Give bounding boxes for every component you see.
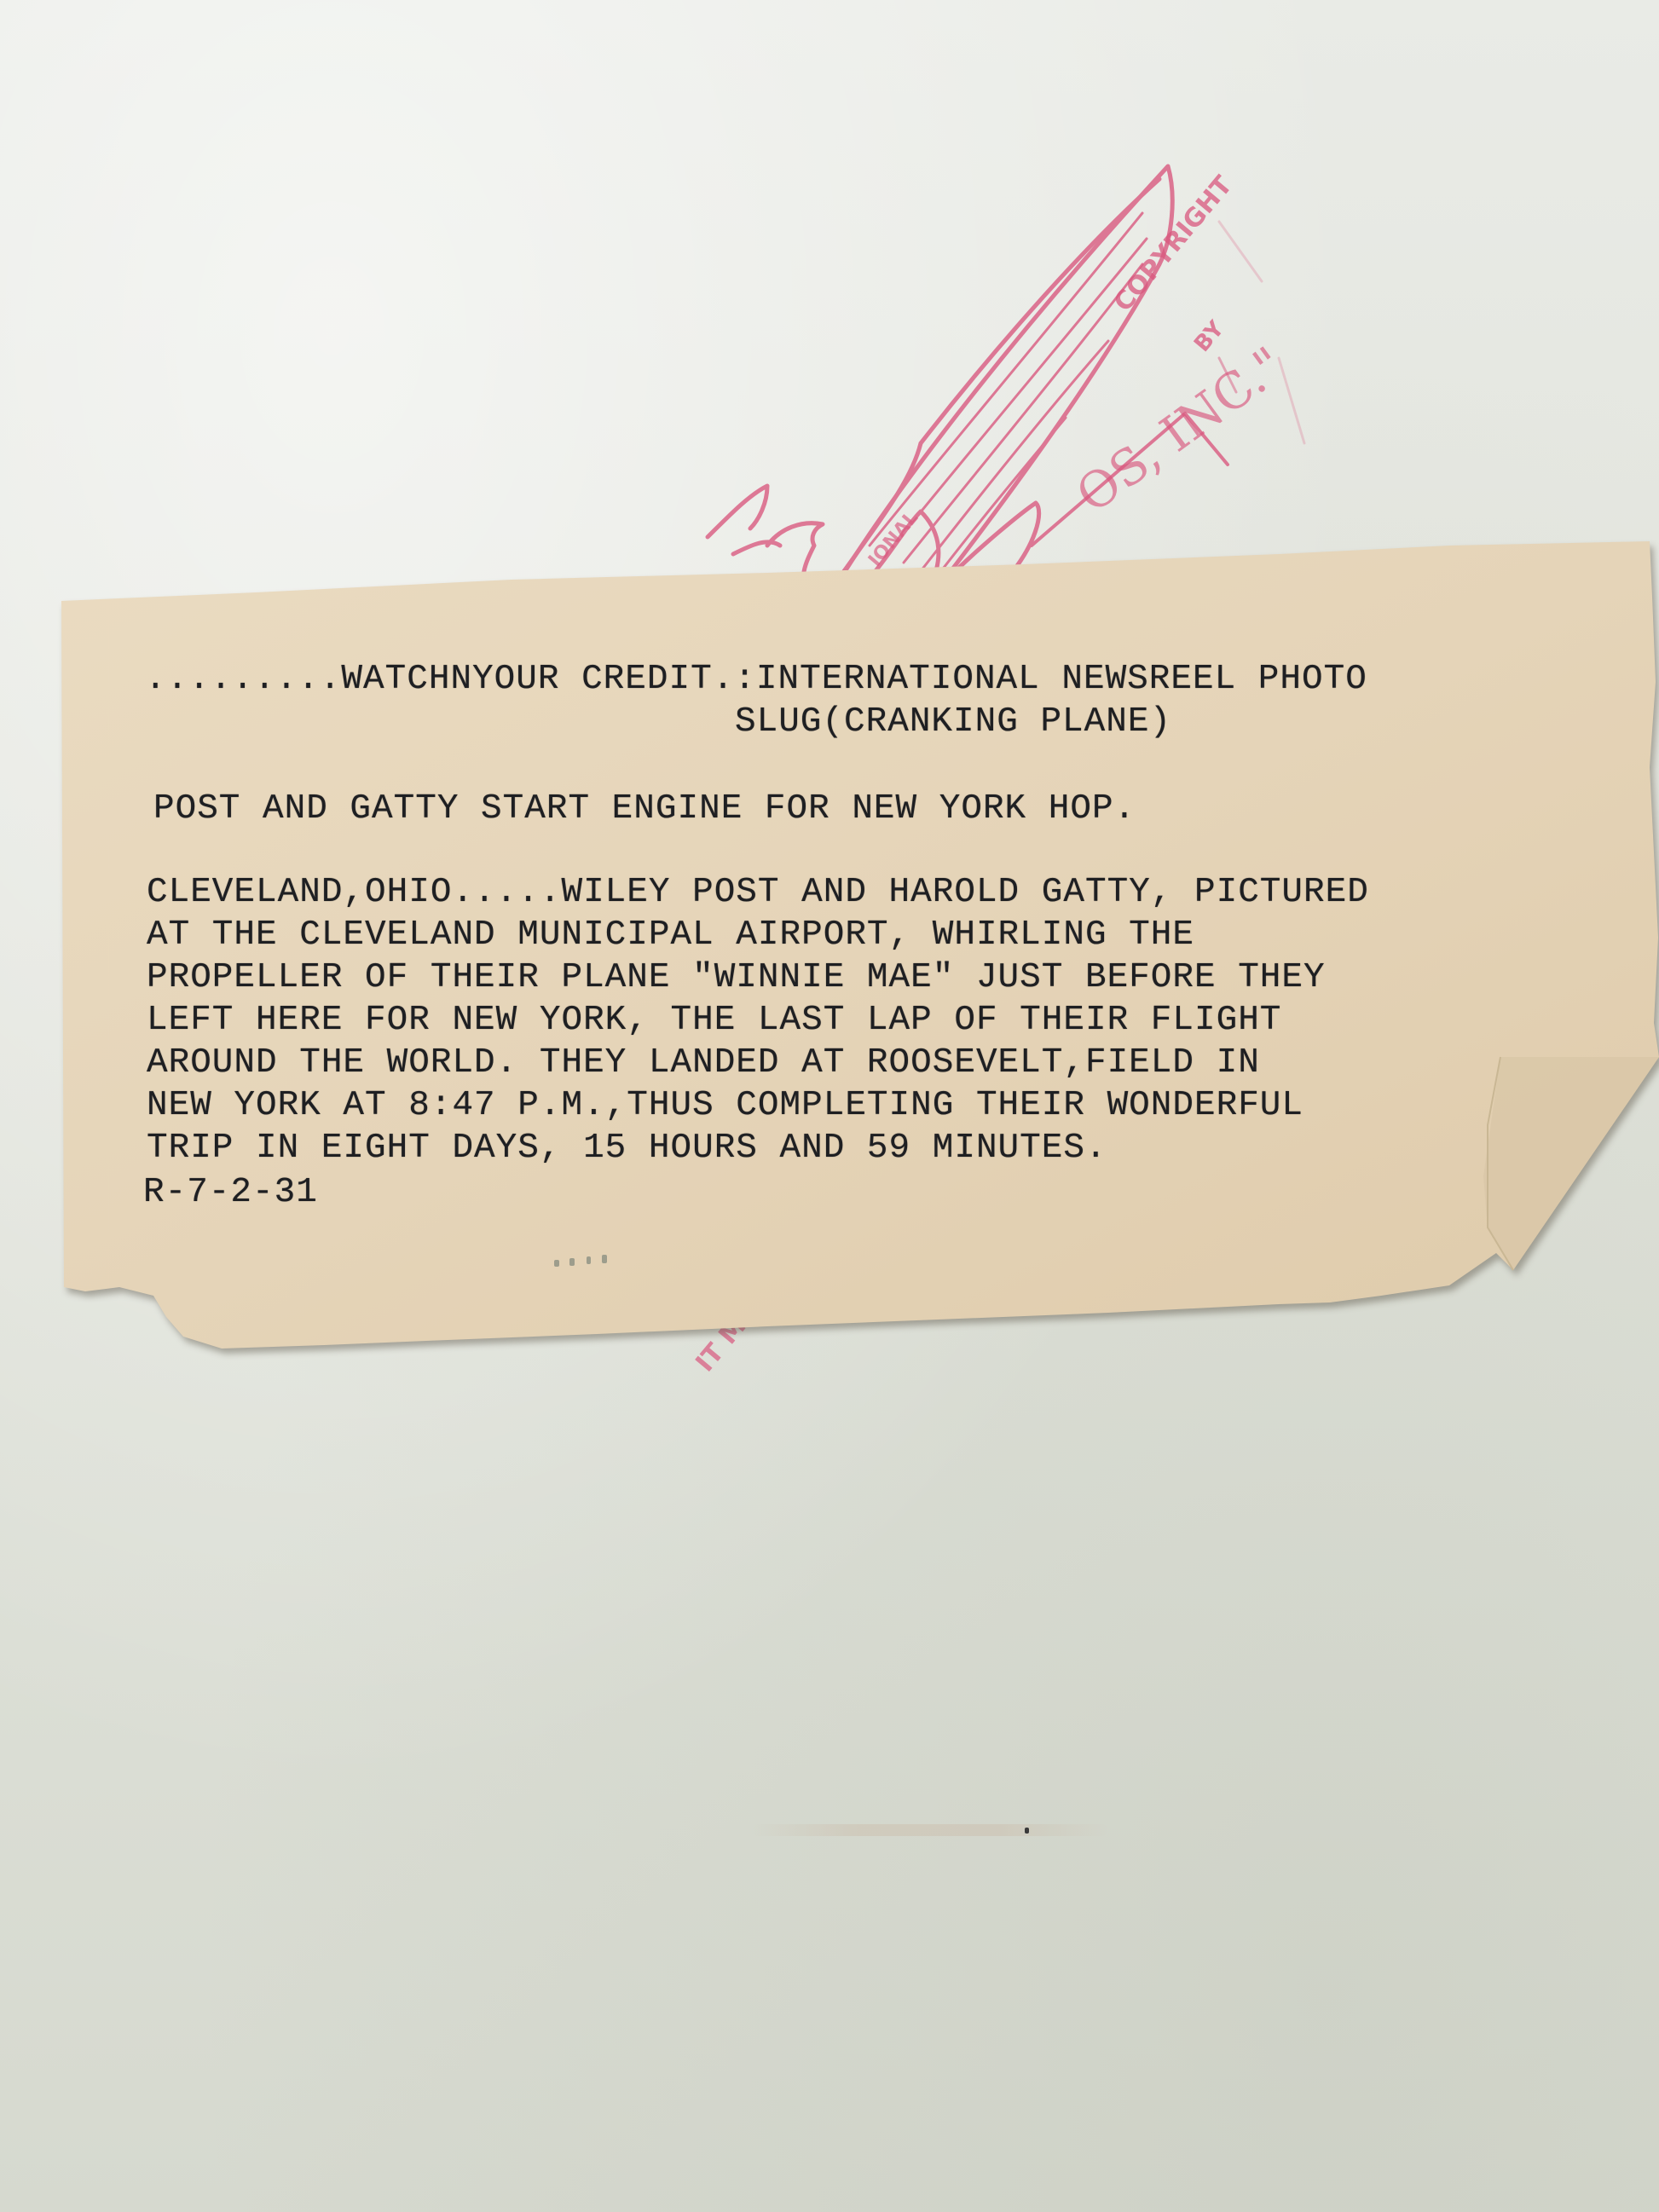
body-line: TRIP IN EIGHT DAYS, 15 HOURS AND 59 MINU…: [147, 1127, 1107, 1170]
body-line: LEFT HERE FOR NEW YORK, THE LAST LAP OF …: [147, 999, 1281, 1042]
caption-text: .........WATCHNYOUR CREDIT.:INTERNATIONA…: [0, 0, 1659, 554]
body-line: AROUND THE WORLD. THEY LANDED AT ROOSEVE…: [147, 1042, 1260, 1084]
credit-line: .........WATCHNYOUR CREDIT.:INTERNATIONA…: [145, 658, 1367, 701]
body-line: NEW YORK AT 8:47 P.M.,THUS COMPLETING TH…: [147, 1084, 1303, 1127]
caption-clipping: .........WATCHNYOUR CREDIT.:INTERNATIONA…: [0, 0, 1659, 1449]
body-line: CLEVELAND,OHIO.....WILEY POST AND HAROLD…: [147, 871, 1369, 914]
faint-stain: [750, 1824, 1108, 1836]
body-line: AT THE CLEVELAND MUNICIPAL AIRPORT, WHIR…: [147, 914, 1194, 956]
dateline-code: R-7-2-31: [143, 1171, 318, 1214]
headline: POST AND GATTY START ENGINE FOR NEW YORK…: [153, 788, 1136, 830]
body-line: PROPELLER OF THEIR PLANE "WINNIE MAE" JU…: [147, 956, 1326, 999]
slug-line: SLUG(CRANKING PLANE): [735, 701, 1171, 743]
ink-speck: [1025, 1828, 1029, 1834]
